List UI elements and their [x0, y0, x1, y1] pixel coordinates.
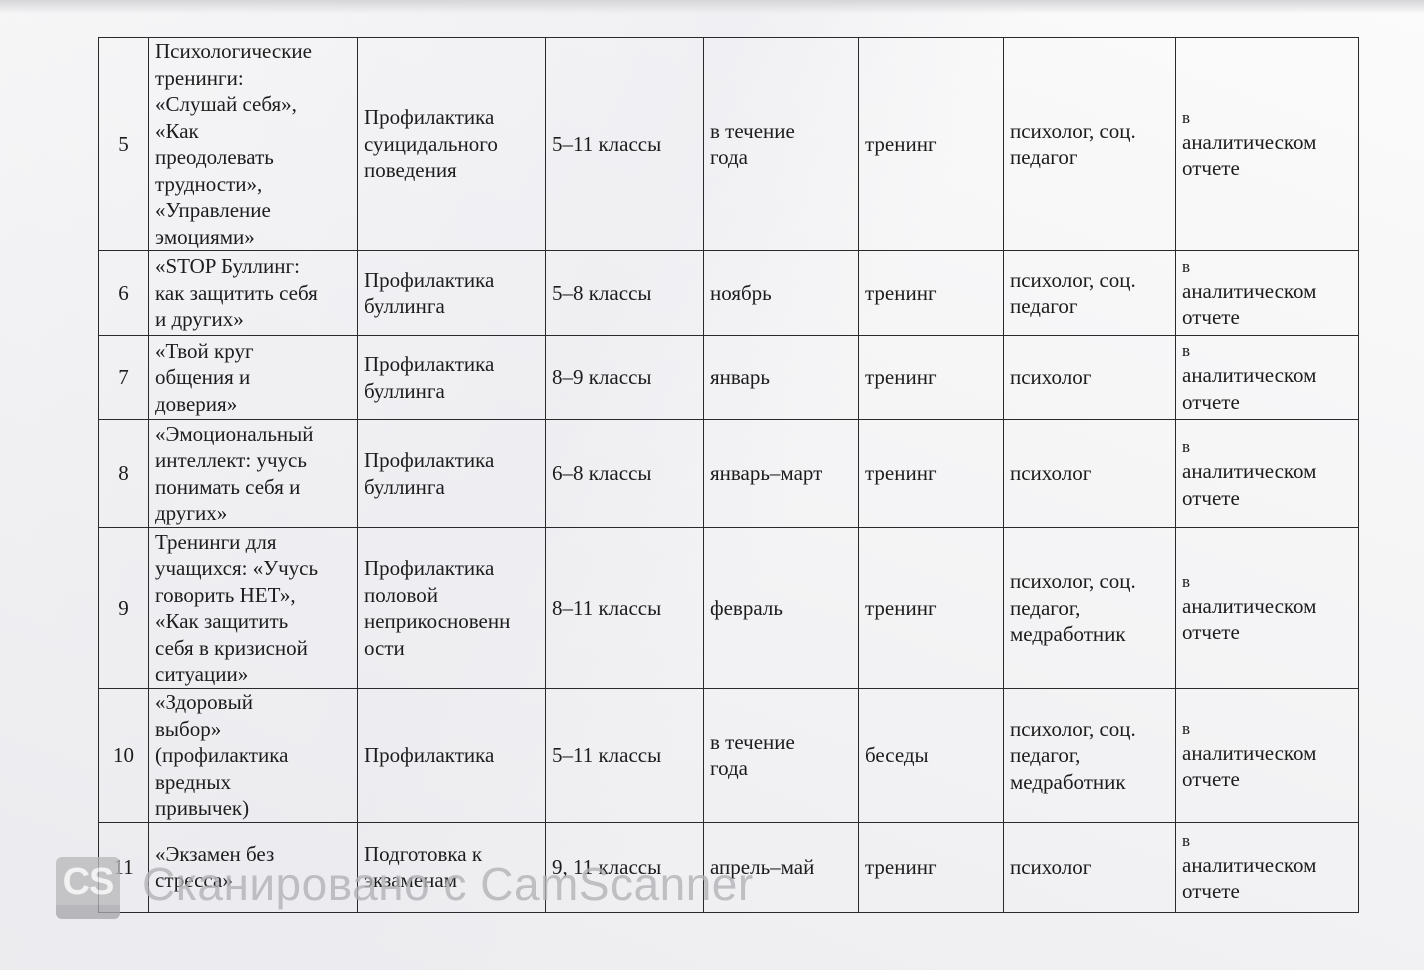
- cell-form-text: тренинг: [865, 461, 937, 485]
- cell-goal: Профилактикабуллинга: [358, 251, 546, 336]
- cell-responsible: психолог: [1004, 420, 1176, 528]
- cell-number: 10: [99, 689, 149, 823]
- cell-event-title: «STOP Буллинг:как защитить себяи других»: [149, 251, 358, 336]
- cell-goal: Профилактика: [358, 689, 546, 823]
- cell-goal-line: буллинга: [364, 378, 539, 405]
- cell-result: ваналитическомотчете: [1176, 336, 1359, 420]
- page-edge-shadow: [0, 0, 1424, 14]
- cell-event-title-line: «Слушай себя»,: [155, 91, 351, 118]
- cell-period-line: январь–март: [710, 460, 852, 487]
- cell-result: ваналитическомотчете: [1176, 689, 1359, 823]
- cell-period-line: года: [710, 755, 852, 782]
- cell-form-text: тренинг: [865, 281, 937, 305]
- cell-goal: Профилактикабуллинга: [358, 336, 546, 420]
- cell-event-title-line: как защитить себя: [155, 280, 351, 307]
- cell-responsible-line: медработник: [1010, 621, 1169, 648]
- cell-goal-line: Профилактика: [364, 104, 539, 131]
- cell-audience: 8–9 классы: [546, 336, 704, 420]
- cell-result-line: в: [1182, 830, 1352, 852]
- cell-responsible-line: педагог,: [1010, 742, 1169, 769]
- cell-event-title-line: «Как: [155, 118, 351, 145]
- cell-period: январь: [704, 336, 859, 420]
- table-row: 9Тренинги дляучащихся: «Учусьговорить НЕ…: [99, 528, 1359, 689]
- cell-result: ваналитическомотчете: [1176, 38, 1359, 251]
- cell-responsible-line: медработник: [1010, 769, 1169, 796]
- cell-number-text: 10: [113, 743, 134, 767]
- cell-period: в течениегода: [704, 38, 859, 251]
- cell-event-title-line: других»: [155, 500, 351, 527]
- cell-event-title-line: понимать себя и: [155, 474, 351, 501]
- cell-result: ваналитическомотчете: [1176, 822, 1359, 912]
- cell-result-line: аналитическом: [1182, 740, 1352, 767]
- cell-form: тренинг: [859, 420, 1004, 528]
- cell-period: январь–март: [704, 420, 859, 528]
- cell-form-text: тренинг: [865, 596, 937, 620]
- cell-goal: Подготовка кэкзаменам: [358, 822, 546, 912]
- cell-result-line: аналитическом: [1182, 362, 1352, 389]
- cell-form: тренинг: [859, 251, 1004, 336]
- cell-audience: 5–8 классы: [546, 251, 704, 336]
- cell-event-title: «Экзамен безстресса»: [149, 822, 358, 912]
- cell-period-line: январь: [710, 364, 852, 391]
- cell-goal-line: поведения: [364, 157, 539, 184]
- cell-audience: 5–11 классы: [546, 38, 704, 251]
- cell-goal-line: Профилактика: [364, 447, 539, 474]
- cell-responsible-line: педагог: [1010, 293, 1169, 320]
- cell-goal-line: ости: [364, 635, 539, 662]
- cell-result: ваналитическомотчете: [1176, 528, 1359, 689]
- cell-responsible-line: психолог: [1010, 460, 1169, 487]
- cell-goal-line: Профилактика: [364, 742, 539, 769]
- cell-event-title: Тренинги дляучащихся: «Учусьговорить НЕТ…: [149, 528, 358, 689]
- cell-responsible-line: психолог, соц.: [1010, 716, 1169, 743]
- cell-event-title-line: преодолевать: [155, 144, 351, 171]
- cell-number-text: 11: [113, 855, 133, 879]
- cell-audience-text: 8–11 классы: [552, 596, 661, 620]
- cell-goal: Профилактикабуллинга: [358, 420, 546, 528]
- cell-form: беседы: [859, 689, 1004, 823]
- cell-form: тренинг: [859, 38, 1004, 251]
- cell-audience-text: 5–11 классы: [552, 132, 661, 156]
- cell-number: 11: [99, 822, 149, 912]
- cell-number: 5: [99, 38, 149, 251]
- cell-number-text: 5: [118, 132, 129, 156]
- cell-form: тренинг: [859, 528, 1004, 689]
- cell-event-title-line: «Эмоциональный: [155, 421, 351, 448]
- cell-result-line: отчете: [1182, 878, 1352, 905]
- cell-event-title-line: (профилактика: [155, 742, 351, 769]
- cell-result-line: аналитическом: [1182, 458, 1352, 485]
- cell-result-line: отчете: [1182, 155, 1352, 182]
- cell-goal-line: Профилактика: [364, 267, 539, 294]
- cell-event-title-line: учащихся: «Учусь: [155, 555, 351, 582]
- cell-responsible: психолог, соц.педагог,медработник: [1004, 689, 1176, 823]
- cell-result-line: в: [1182, 718, 1352, 740]
- cell-event-title-line: интеллект: учусь: [155, 447, 351, 474]
- table-row: 10«Здоровыйвыбор»(профилактикавредныхпри…: [99, 689, 1359, 823]
- cell-number: 6: [99, 251, 149, 336]
- cell-event-title-line: себя в кризисной: [155, 635, 351, 662]
- cell-result-line: в: [1182, 256, 1352, 278]
- cell-result-line: отчете: [1182, 485, 1352, 512]
- cell-responsible: психолог: [1004, 336, 1176, 420]
- cell-result-line: отчете: [1182, 619, 1352, 646]
- cell-period: ноябрь: [704, 251, 859, 336]
- cell-goal-line: Профилактика: [364, 351, 539, 378]
- cell-event-title-line: Тренинги для: [155, 529, 351, 556]
- cell-number: 8: [99, 420, 149, 528]
- cell-result-line: в: [1182, 340, 1352, 362]
- cell-responsible-line: психолог, соц.: [1010, 568, 1169, 595]
- cell-event-title: «Здоровыйвыбор»(профилактикавредныхпривы…: [149, 689, 358, 823]
- cell-responsible: психолог: [1004, 822, 1176, 912]
- cell-period-line: ноябрь: [710, 280, 852, 307]
- cell-event-title-line: трудности»,: [155, 171, 351, 198]
- cell-form: тренинг: [859, 336, 1004, 420]
- cell-event-title-line: и других»: [155, 306, 351, 333]
- cell-number-text: 6: [118, 281, 129, 305]
- cell-goal-line: буллинга: [364, 474, 539, 501]
- cell-result-line: отчете: [1182, 766, 1352, 793]
- cell-audience-text: 9, 11 классы: [552, 855, 661, 879]
- cell-result: ваналитическомотчете: [1176, 251, 1359, 336]
- cell-period: февраль: [704, 528, 859, 689]
- cell-period-line: года: [710, 144, 852, 171]
- cell-period: в течениегода: [704, 689, 859, 823]
- cell-number: 7: [99, 336, 149, 420]
- cell-audience-text: 8–9 классы: [552, 365, 652, 389]
- cell-responsible-line: психолог, соц.: [1010, 118, 1169, 145]
- cell-audience: 9, 11 классы: [546, 822, 704, 912]
- cell-event-title-line: вредных: [155, 769, 351, 796]
- cell-result-line: в: [1182, 107, 1352, 129]
- cell-event-title: «Твой кругобщения идоверия»: [149, 336, 358, 420]
- cell-event-title-line: «Здоровый: [155, 689, 351, 716]
- cell-event-title-line: выбор»: [155, 716, 351, 743]
- cell-goal-line: Профилактика: [364, 555, 539, 582]
- cell-event-title-line: «Экзамен без: [155, 841, 351, 868]
- cell-form: тренинг: [859, 822, 1004, 912]
- cell-result-line: в: [1182, 571, 1352, 593]
- cell-responsible-line: педагог: [1010, 144, 1169, 171]
- cell-goal-line: половой: [364, 582, 539, 609]
- cell-result-line: отчете: [1182, 389, 1352, 416]
- cell-goal-line: суицидального: [364, 131, 539, 158]
- cell-form-text: беседы: [865, 743, 929, 767]
- cell-event-title-line: привычек): [155, 795, 351, 822]
- cell-number-text: 9: [118, 596, 129, 620]
- cell-period: апрель–май: [704, 822, 859, 912]
- cell-event-title-line: «STOP Буллинг:: [155, 253, 351, 280]
- cell-responsible-line: психолог: [1010, 364, 1169, 391]
- cell-audience-text: 5–8 классы: [552, 281, 652, 305]
- table-row: 7«Твой кругобщения идоверия»Профилактика…: [99, 336, 1359, 420]
- activity-plan-table: 5Психологическиетренинги:«Слушай себя»,«…: [98, 37, 1359, 913]
- cell-form-text: тренинг: [865, 365, 937, 389]
- cell-goal: Профилактикасуицидальногоповедения: [358, 38, 546, 251]
- cell-event-title-line: «Как защитить: [155, 608, 351, 635]
- cell-result-line: аналитическом: [1182, 129, 1352, 156]
- cell-result-line: аналитическом: [1182, 852, 1352, 879]
- table-row: 11«Экзамен безстресса»Подготовка кэкзаме…: [99, 822, 1359, 912]
- cell-form-text: тренинг: [865, 855, 937, 879]
- cell-event-title-line: доверия»: [155, 391, 351, 418]
- cell-number-text: 8: [118, 461, 129, 485]
- cell-event-title: «Эмоциональныйинтеллект: учусьпонимать с…: [149, 420, 358, 528]
- cell-goal-line: Подготовка к: [364, 841, 539, 868]
- table-row: 8«Эмоциональныйинтеллект: учусьпонимать …: [99, 420, 1359, 528]
- cell-event-title-line: общения и: [155, 364, 351, 391]
- cell-result-line: отчете: [1182, 304, 1352, 331]
- table-row: 6«STOP Буллинг:как защитить себяи других…: [99, 251, 1359, 336]
- cell-number: 9: [99, 528, 149, 689]
- cell-event-title-line: стресса»: [155, 867, 351, 894]
- cell-responsible: психолог, соц.педагог: [1004, 251, 1176, 336]
- cell-result-line: аналитическом: [1182, 278, 1352, 305]
- table-row: 5Психологическиетренинги:«Слушай себя»,«…: [99, 38, 1359, 251]
- cell-responsible: психолог, соц.педагог: [1004, 38, 1176, 251]
- cell-audience: 6–8 классы: [546, 420, 704, 528]
- cell-event-title-line: «Управление: [155, 197, 351, 224]
- cell-event-title-line: говорить НЕТ»,: [155, 582, 351, 609]
- cell-responsible-line: психолог: [1010, 854, 1169, 881]
- cell-audience-text: 5–11 классы: [552, 743, 661, 767]
- cell-period-line: в течение: [710, 118, 852, 145]
- cell-event-title-line: «Твой круг: [155, 338, 351, 365]
- cell-result-line: аналитическом: [1182, 593, 1352, 620]
- cell-audience: 5–11 классы: [546, 689, 704, 823]
- table-body: 5Психологическиетренинги:«Слушай себя»,«…: [99, 38, 1359, 913]
- cell-result: ваналитическомотчете: [1176, 420, 1359, 528]
- cell-event-title-line: тренинги:: [155, 65, 351, 92]
- cell-goal-line: неприкосновенн: [364, 608, 539, 635]
- cell-audience: 8–11 классы: [546, 528, 704, 689]
- cell-period-line: апрель–май: [710, 854, 852, 881]
- cell-goal-line: буллинга: [364, 293, 539, 320]
- cell-form-text: тренинг: [865, 132, 937, 156]
- cell-event-title-line: Психологические: [155, 38, 351, 65]
- cell-event-title-line: ситуации»: [155, 661, 351, 688]
- cell-goal-line: экзаменам: [364, 867, 539, 894]
- cell-responsible-line: педагог,: [1010, 595, 1169, 622]
- cell-event-title: Психологическиетренинги:«Слушай себя»,«К…: [149, 38, 358, 251]
- cell-audience-text: 6–8 классы: [552, 461, 652, 485]
- cell-period-line: в течение: [710, 729, 852, 756]
- cell-period-line: февраль: [710, 595, 852, 622]
- cell-number-text: 7: [118, 365, 129, 389]
- cell-responsible-line: психолог, соц.: [1010, 267, 1169, 294]
- cell-event-title-line: эмоциями»: [155, 224, 351, 251]
- cell-responsible: психолог, соц.педагог,медработник: [1004, 528, 1176, 689]
- cell-goal: Профилактикаполовойнеприкосновенности: [358, 528, 546, 689]
- cell-result-line: в: [1182, 436, 1352, 458]
